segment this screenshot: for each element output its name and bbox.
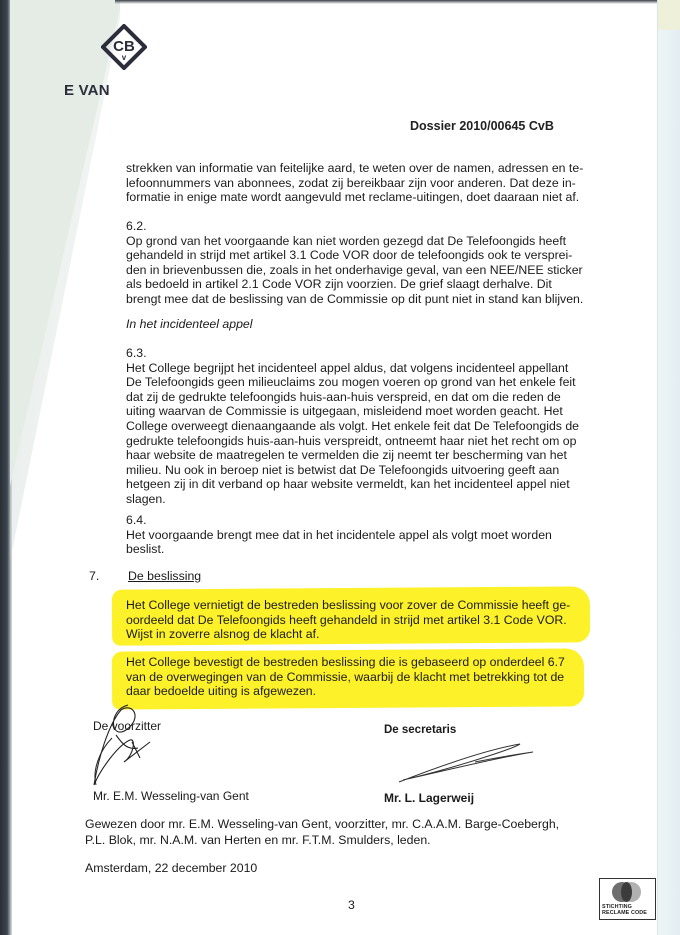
- text-line: De Telefoongids geen milieuclaims zou mo…: [126, 375, 596, 390]
- section-number: 6.4.: [126, 513, 596, 528]
- text-line: slagen.: [126, 492, 596, 507]
- text-line: milieu. Nu ook in beroep niet is betwist…: [126, 463, 596, 478]
- place-date: Amsterdam, 22 december 2010: [85, 861, 257, 875]
- text-line: uiting waarvan de Commissie is uitgegaan…: [126, 404, 596, 419]
- text-line: van de overwegingen van de Commissie, wa…: [126, 670, 596, 685]
- stichting-reclame-code-logo: STICHTING RECLAME CODE: [599, 878, 656, 920]
- intro-paragraph: strekken van informatie van feitelijke a…: [126, 161, 596, 205]
- secretary-signature-icon: [395, 738, 535, 788]
- panel-composition: Gewezen door mr. E.M. Wesseling-van Gent…: [85, 816, 605, 848]
- text-line: Het College vernietigt de bestreden besl…: [126, 598, 596, 613]
- decision-paragraph-2: Het College bevestigt de bestreden besli…: [126, 655, 596, 699]
- text-line: Wijst in zoverre alsnog de klacht af.: [126, 627, 596, 642]
- text-line: Gewezen door mr. E.M. Wesseling-van Gent…: [85, 816, 605, 832]
- section-number: 6.2.: [126, 219, 596, 234]
- scan-top-shadow: [115, 0, 660, 4]
- text-line: Het College begrijpt het incidenteel app…: [126, 361, 596, 376]
- chair-signature-icon: [88, 700, 168, 795]
- secretary-label: De secretaris: [384, 724, 456, 736]
- text-line: dat zij de gedrukte telefoongids huis-aa…: [126, 390, 596, 405]
- text-line: strekken van informatie van feitelijke a…: [126, 161, 596, 176]
- incidenteel-appel-heading: In het incidenteel appel: [126, 317, 596, 332]
- svg-text:v: v: [122, 53, 127, 62]
- text-line: daar bedoelde uiting is afgewezen.: [126, 684, 596, 699]
- dossier-number: Dossier 2010/00645 CvB: [410, 119, 554, 133]
- logo-text: STICHTING RECLAME CODE: [602, 904, 654, 916]
- chair-name: Mr. E.M. Wesseling-van Gent: [93, 789, 249, 803]
- text-line: Op grond van het voorgaande kan niet wor…: [126, 234, 596, 249]
- text-line: hetgeen zij in dit verband op haar websi…: [126, 477, 596, 492]
- text-line: beslist.: [126, 542, 596, 557]
- text-line: haar website de maatregelen te vermelden…: [126, 448, 596, 463]
- page-number: 3: [348, 898, 355, 912]
- logo-overlap-icon: [621, 882, 632, 902]
- section-number: 6.3.: [126, 346, 596, 361]
- text-line: P.L. Blok, mr. N.A.M. van Herten en mr. …: [85, 832, 605, 848]
- section-6-4: 6.4. Het voorgaande brengt mee dat in he…: [126, 513, 596, 557]
- text-line: Het College bevestigt de bestreden besli…: [126, 655, 596, 670]
- text-line: als bedoeld in artikel 2.1 Code VOR zijn…: [126, 277, 596, 292]
- section-6-3: 6.3. Het College begrijpt het incidentee…: [126, 346, 596, 507]
- cvb-logo: CB v: [101, 24, 147, 70]
- text-line: Het voorgaande brengt mee dat in het inc…: [126, 528, 596, 543]
- diamond-logo-icon: CB v: [101, 24, 147, 70]
- text-line: brengt mee dat de beslissing van de Comm…: [126, 292, 596, 307]
- logo-text-fragment: E VAN: [64, 82, 110, 99]
- logo-text-line: RECLAME CODE: [602, 910, 654, 916]
- text-line: gedrukte telefoongids huis-aan-huis vers…: [126, 434, 596, 449]
- text-line: College overweegt dienaangaande als volg…: [126, 419, 596, 434]
- text-line: lefoonnummers van abonnees, zodat zij be…: [126, 176, 596, 191]
- scan-right-edge: [657, 0, 680, 935]
- section-6-2: 6.2. Op grond van het voorgaande kan nie…: [126, 219, 596, 307]
- text-line: den in brievenbussen die, zoals in het o…: [126, 263, 596, 278]
- decision-section-number: 7.: [89, 569, 99, 583]
- decision-paragraph-1: Het College vernietigt de bestreden besl…: [126, 598, 596, 642]
- secretary-name: Mr. L. Lagerweij: [384, 791, 474, 805]
- text-line: gehandeld in strijd met artikel 3.1 Code…: [126, 248, 596, 263]
- decision-section-title: De beslissing: [128, 569, 201, 583]
- text-line: oordeeld dat De Telefoongids heeft gehan…: [126, 613, 596, 628]
- text-line: formatie in enige mate wordt aangevuld m…: [126, 190, 596, 205]
